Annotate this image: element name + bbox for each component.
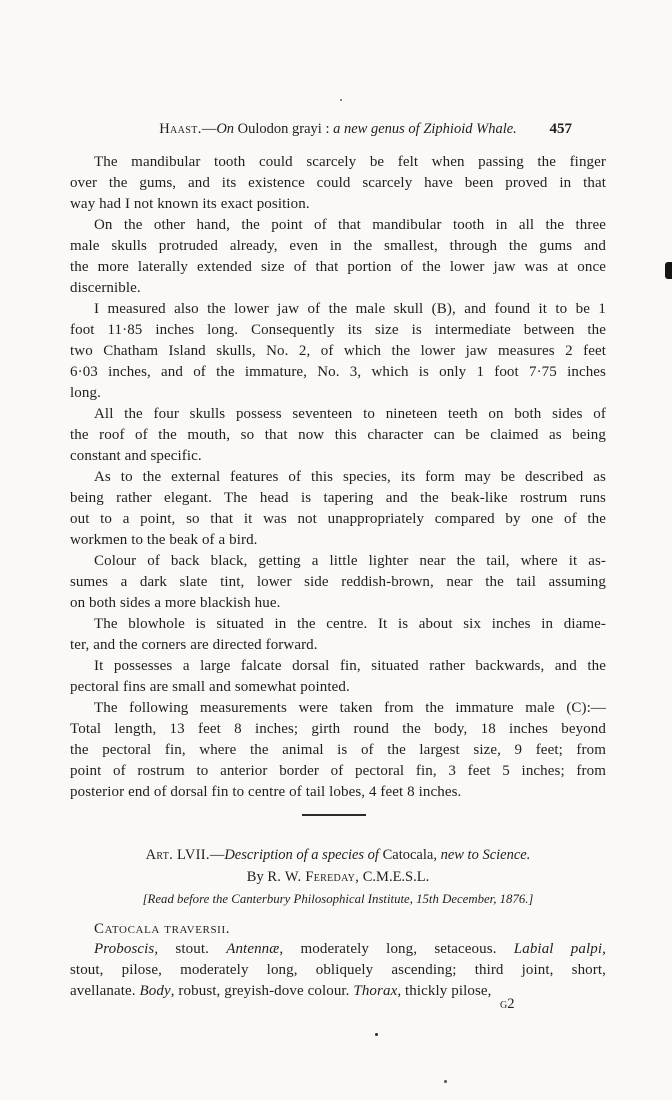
text-line: All the four skulls possess seventeen to…	[70, 404, 606, 425]
text-line: way had I not known its exact position.	[70, 194, 606, 215]
text-line: avellanate. Body, robust, greyish-dove c…	[70, 981, 606, 1002]
text-line: 6·03 inches, and of the immature, No. 3,…	[70, 362, 606, 383]
byline: By R. W. Fereday, C.M.E.S.L.	[70, 869, 606, 886]
running-header: Haast.—On Oulodon grayi : a new genus of…	[70, 121, 606, 138]
text-line: constant and specific.	[70, 446, 606, 467]
text-line: out to a point, so that it was not unapp…	[70, 509, 606, 530]
article-heading-genus: Catocala,	[383, 847, 441, 863]
article-heading-italic-post: new to Science.	[441, 847, 531, 863]
text-line: posterior end of dorsal fin to centre of…	[70, 782, 606, 803]
text-line: the more laterally extended size of that…	[70, 257, 606, 278]
text-line: Colour of back black, getting a little l…	[70, 551, 606, 572]
text-line: workmen to the beak of a bird.	[70, 530, 606, 551]
text-line: long.	[70, 383, 606, 404]
journal-page: Haast.—On Oulodon grayi : a new genus of…	[0, 0, 672, 1100]
text-line: discernible.	[70, 278, 606, 299]
scan-speck	[375, 1033, 378, 1036]
text-line: over the gums, and its existence could s…	[70, 173, 606, 194]
text-line: on both sides a more blackish hue.	[70, 593, 606, 614]
scan-edge-artifact	[665, 262, 672, 279]
text-line: sumes a dark slate tint, lower side redd…	[70, 572, 606, 593]
header-author: Haast.	[159, 121, 202, 137]
text-line: foot 11·85 inches long. Consequently its…	[70, 320, 606, 341]
text-line: being rather elegant. The head is taperi…	[70, 488, 606, 509]
scan-speck	[444, 1080, 447, 1083]
text-line: pectoral fins are small and somewhat poi…	[70, 677, 606, 698]
text-line: male skulls protruded already, even in t…	[70, 236, 606, 257]
section-divider-rule	[302, 814, 366, 816]
text-line: the roof of the mouth, so that now this …	[70, 425, 606, 446]
header-title-roman: Oulodon grayi :	[234, 121, 333, 137]
article-number: Art. LVII.	[146, 847, 210, 863]
header-dash: —	[202, 121, 217, 137]
page-number: 457	[550, 121, 573, 138]
read-before-note: [Read before the Canterbury Philosophica…	[70, 892, 606, 907]
text-line: two Chatham Island skulls, No. 2, of whi…	[70, 341, 606, 362]
text-line: stout, pilose, moderately long, obliquel…	[70, 960, 606, 981]
scan-speck	[340, 99, 342, 101]
text-line: On the other hand, the point of that man…	[70, 215, 606, 236]
byline-pre: By	[247, 869, 268, 885]
text-line: I measured also the lower jaw of the mal…	[70, 299, 606, 320]
text-line: ter, and the corners are directed forwar…	[70, 635, 606, 656]
article-heading: Art. LVII.—Description of a species of C…	[70, 847, 606, 864]
header-title-pre: On	[216, 121, 234, 137]
text-line: It possesses a large falcate dorsal fin,…	[70, 656, 606, 677]
text-line: As to the external features of this spec…	[70, 467, 606, 488]
article-heading-dash: —	[210, 847, 225, 863]
whale-article-text: The mandibular tooth could scarcely be f…	[70, 152, 606, 803]
text-line: Total length, 13 feet 8 inches; girth ro…	[70, 719, 606, 740]
text-line: The mandibular tooth could scarcely be f…	[70, 152, 606, 173]
text-line: the pectoral fin, where the animal is of…	[70, 740, 606, 761]
header-title-italic: a new genus of Ziphioid Whale.	[333, 121, 517, 137]
printer-signature: g2	[500, 996, 514, 1013]
author-name: R. W. Fereday,	[267, 869, 359, 885]
text-line: point of rostrum to anterior border of p…	[70, 761, 606, 782]
moth-article-text: Proboscis, stout. Antennæ, moderately lo…	[70, 939, 606, 1002]
article-heading-italic-pre: Description of a species of	[224, 847, 382, 863]
byline-suffix: C.M.E.S.L.	[359, 869, 429, 885]
text-line: Proboscis, stout. Antennæ, moderately lo…	[70, 939, 606, 960]
text-line: The blowhole is situated in the centre. …	[70, 614, 606, 635]
species-heading: Catocala traversii.	[70, 921, 630, 938]
text-line: The following measurements were taken fr…	[70, 698, 606, 719]
